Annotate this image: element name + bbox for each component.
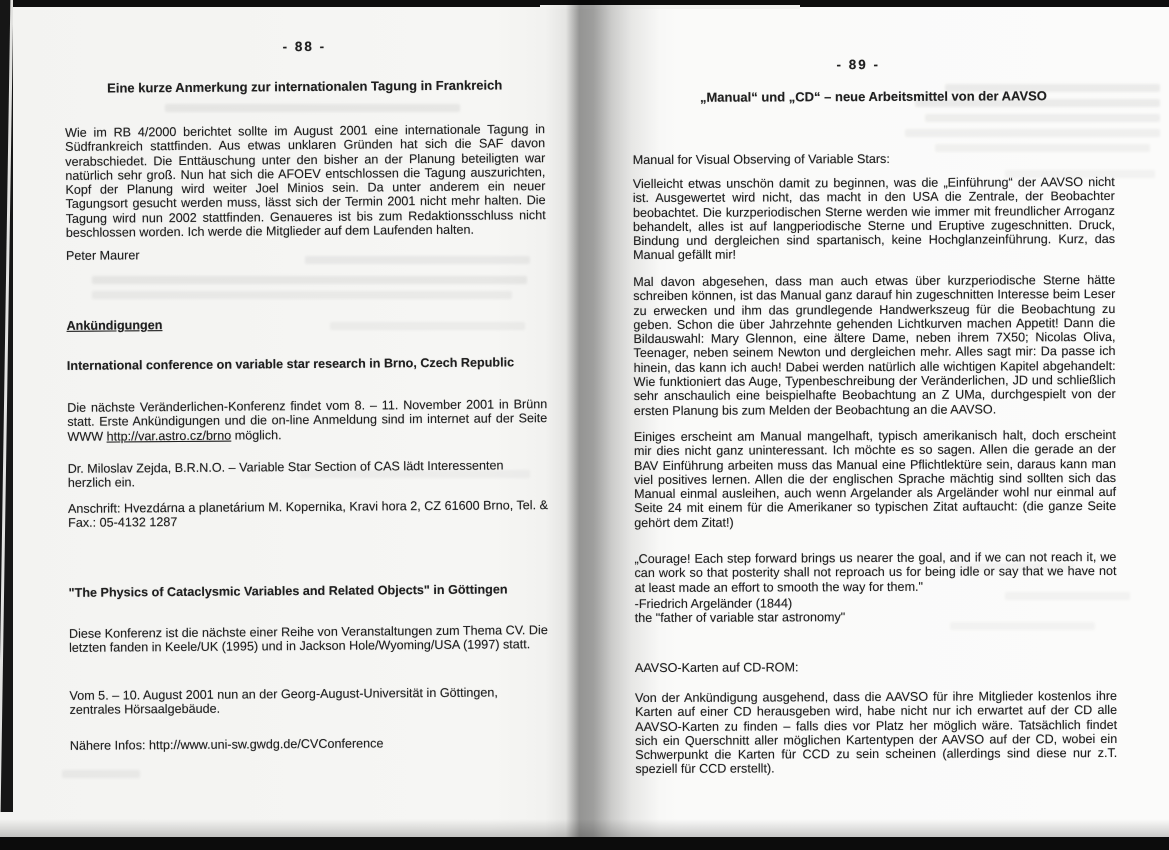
bleed-through-artifact xyxy=(915,99,1160,107)
brno-url: http://var.astro.cz/brno xyxy=(107,428,232,443)
bleed-through-artifact xyxy=(955,563,1075,571)
goettingen-info-url: Nähere Infos: http://www.uni-sw.gwdg.de/… xyxy=(70,735,550,753)
bleed-through-artifact xyxy=(305,256,530,264)
brno-paragraph-tail: möglich. xyxy=(231,428,282,442)
book-spine-edge xyxy=(0,0,13,812)
bleed-through-artifact xyxy=(92,291,512,299)
manual-paragraph-3: Einiges erscheint am Manual mangelhaft, … xyxy=(634,428,1116,530)
brno-address: Anschrift: Hvezdárna a planetárium M. Ko… xyxy=(68,498,548,530)
cdrom-paragraph: Von der Ankündigung ausgehend, dass die … xyxy=(635,689,1117,777)
page-curl-shade xyxy=(0,819,1169,837)
bleed-through-artifact xyxy=(330,322,525,330)
manual-paragraph-1: Vielleicht etwas unschön damit zu beginn… xyxy=(633,175,1115,263)
goettingen-paragraph-1: Diese Konferenz ist die nächste einer Re… xyxy=(69,623,549,655)
manual-section-label: Manual for Visual Observing of Variable … xyxy=(633,151,1115,167)
scanned-newsletter-spread: - 88 - Eine kurze Anmerkung zur internat… xyxy=(0,0,1169,850)
scan-bottom-border xyxy=(0,837,1169,850)
brno-conference-heading: International conference on variable sta… xyxy=(67,355,547,373)
right-page: - 89 - „Manual“ und „CD“ – neue Arbeitsm… xyxy=(628,0,1122,850)
goettingen-conference-heading: "The Physics of Cataclysmic Variables an… xyxy=(69,582,549,600)
page-number-right: - 89 - xyxy=(632,57,1084,73)
argelander-quote: „Courage! Each step forward brings us ne… xyxy=(634,550,1116,595)
bleed-through-artifact xyxy=(925,114,1160,122)
bleed-through-artifact xyxy=(1005,592,1130,600)
bleed-through-artifact xyxy=(935,144,1150,152)
goettingen-paragraph-2: Vom 5. – 10. August 2001 nun an der Geor… xyxy=(69,685,549,717)
brno-paragraph: Die nächste Veränderlichen-Konferenz fin… xyxy=(67,397,547,444)
bleed-through-artifact xyxy=(905,129,1160,137)
bleed-through-artifact xyxy=(945,84,1160,92)
cdrom-section-label: AAVSO-Karten auf CD-ROM: xyxy=(635,659,1117,675)
manual-paragraph-2: Mal davon abgesehen, dass man auch etwas… xyxy=(633,273,1116,418)
bleed-through-artifact xyxy=(165,104,460,112)
article-title-france: Eine kurze Anmerkung zur internationalen… xyxy=(65,78,545,96)
left-page: - 88 - Eine kurze Anmerkung zur internat… xyxy=(60,0,555,850)
bleed-through-artifact xyxy=(92,276,527,284)
bleed-through-artifact xyxy=(62,770,140,778)
bleed-through-artifact xyxy=(300,470,530,478)
bleed-through-artifact xyxy=(1005,170,1155,178)
spine-highlight-line xyxy=(0,0,13,812)
paragraph-france-1: Wie im RB 4/2000 berichtet sollte im Aug… xyxy=(65,122,546,240)
bleed-through-artifact xyxy=(950,622,1095,630)
page-number-left: - 88 - xyxy=(64,38,544,56)
